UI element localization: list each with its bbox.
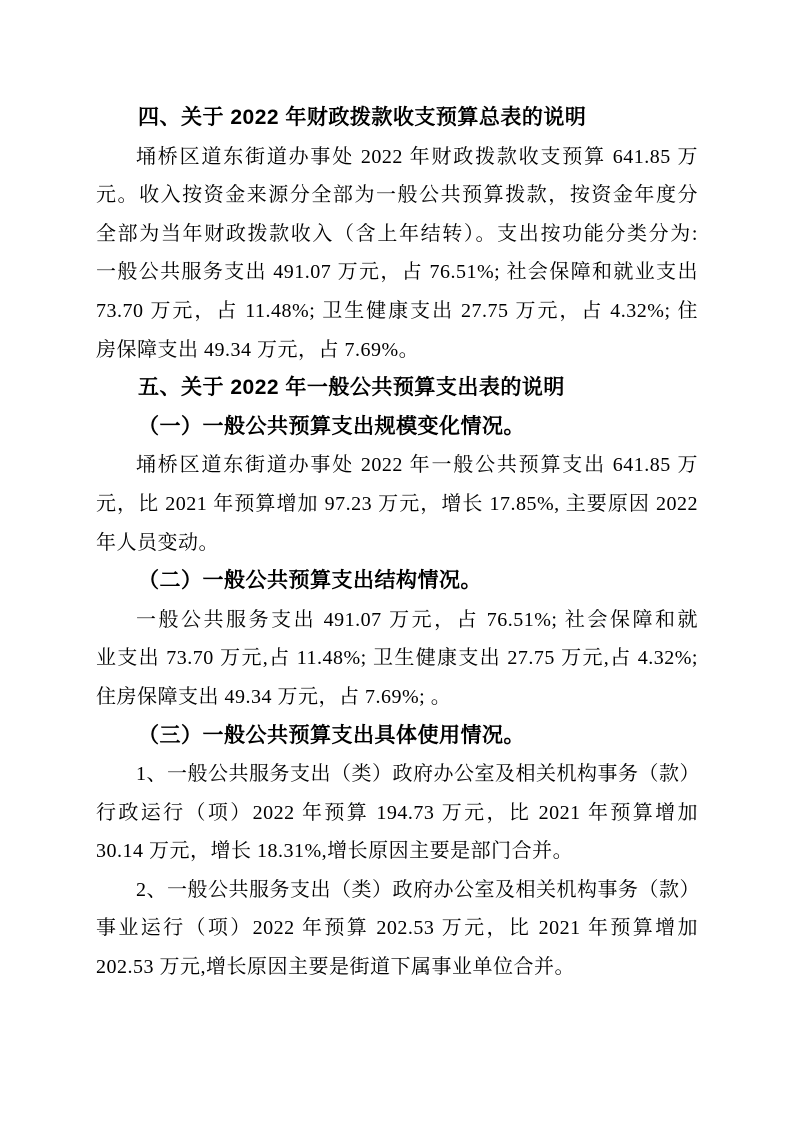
text-line: 业支出 73.70 万元,占 11.48%; 卫生健康支出 27.75 万元,占… xyxy=(96,639,698,678)
text-line: 202.53 万元,增长原因主要是街道下属事业单位合并。 xyxy=(96,948,698,987)
section-heading-five: 五、关于 2022 年一般公共预算支出表的说明 xyxy=(96,369,698,408)
text-line: 元。收入按资金来源分全部为一般公共预算拨款，按资金年度分 xyxy=(96,176,698,215)
text-line: 全部为当年财政拨款收入（含上年结转）。支出按功能分类分为: xyxy=(96,215,698,254)
text-line: 年人员变动。 xyxy=(96,524,698,563)
text-line: 元，比 2021 年预算增加 97.23 万元，增长 17.85%, 主要原因 … xyxy=(96,485,698,524)
page-content: 四、关于 2022 年财政拨款收支预算总表的说明 埇桥区道东街道办事处 2022… xyxy=(96,99,698,987)
subsection-heading-one: （一）一般公共预算支出规模变化情况。 xyxy=(96,408,698,447)
text-line: 事业运行（项）2022 年预算 202.53 万元，比 2021 年预算增加 xyxy=(96,909,698,948)
text-line: 住房保障支出 49.34 万元，占 7.69%; 。 xyxy=(96,678,698,717)
subsection-heading-three: （三）一般公共预算支出具体使用情况。 xyxy=(96,717,698,756)
text-line: 73.70 万元，占 11.48%; 卫生健康支出 27.75 万元，占 4.3… xyxy=(96,292,698,331)
text-line: 埇桥区道东街道办事处 2022 年财政拨款收支预算 641.85 万 xyxy=(96,138,698,177)
text-line: 2、一般公共服务支出（类）政府办公室及相关机构事务（款） xyxy=(96,871,698,910)
subsection-heading-two: （二）一般公共预算支出结构情况。 xyxy=(96,562,698,601)
text-line: 行政运行（项）2022 年预算 194.73 万元，比 2021 年预算增加 xyxy=(96,794,698,833)
section-heading-four: 四、关于 2022 年财政拨款收支预算总表的说明 xyxy=(96,99,698,138)
text-line: 房保障支出 49.34 万元，占 7.69%。 xyxy=(96,331,698,370)
document-page: 四、关于 2022 年财政拨款收支预算总表的说明 埇桥区道东街道办事处 2022… xyxy=(0,0,793,1122)
text-line: 1、一般公共服务支出（类）政府办公室及相关机构事务（款） xyxy=(96,755,698,794)
text-line: 埇桥区道东街道办事处 2022 年一般公共预算支出 641.85 万 xyxy=(96,446,698,485)
text-line: 30.14 万元，增长 18.31%,增长原因主要是部门合并。 xyxy=(96,832,698,871)
text-line: 一般公共服务支出 491.07 万元，占 76.51%; 社会保障和就业支出 xyxy=(96,253,698,292)
text-line: 一般公共服务支出 491.07 万元，占 76.51%; 社会保障和就 xyxy=(96,601,698,640)
